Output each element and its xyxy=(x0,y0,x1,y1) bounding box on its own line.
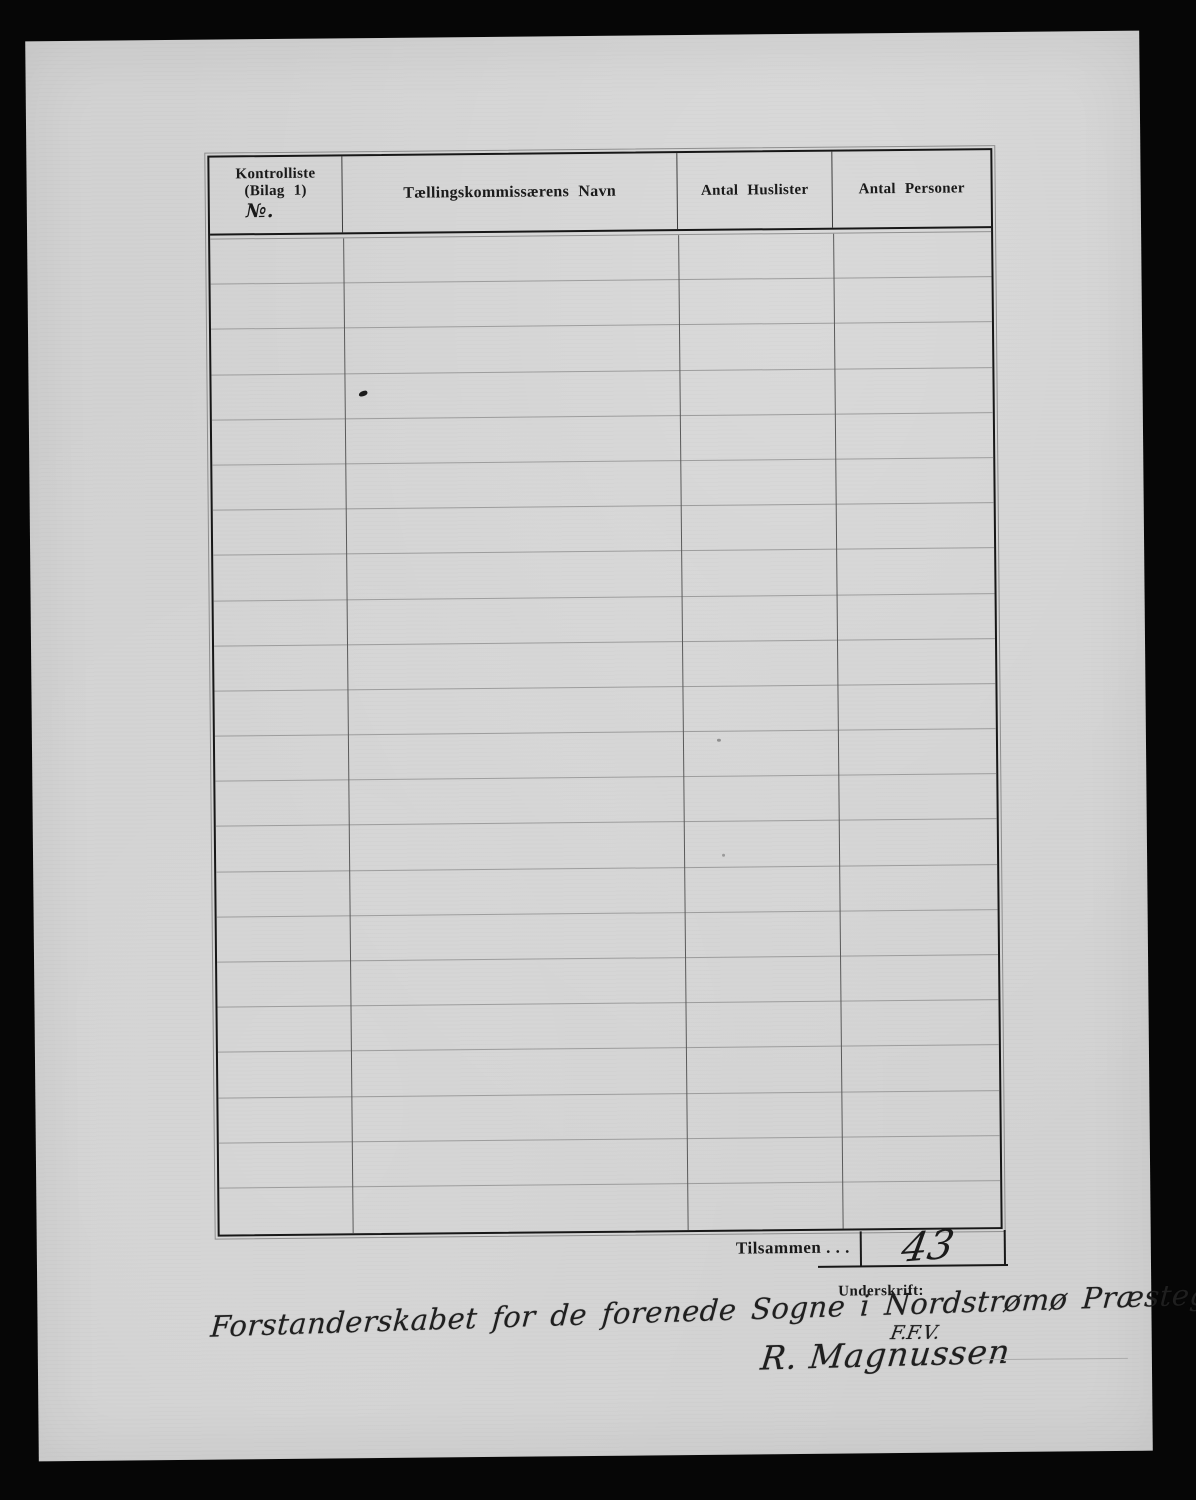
empty-table-row xyxy=(211,277,992,330)
header-taellingskommissaerens-navn: Tællingskommissærens Navn xyxy=(342,153,678,232)
sum-label: Tilsammen . . . xyxy=(736,1238,850,1259)
empty-table-row xyxy=(211,368,992,421)
empty-table-row xyxy=(216,865,997,918)
sum-right-border xyxy=(1003,1230,1006,1266)
paper-speck xyxy=(722,854,725,857)
sum-cell-divider xyxy=(860,1231,862,1266)
empty-table-row xyxy=(217,955,998,1008)
empty-table-row xyxy=(219,1181,1000,1234)
empty-table-row xyxy=(212,413,993,466)
header-antal-huslister: Antal Huslister xyxy=(677,152,833,229)
empty-table-row xyxy=(217,1000,998,1053)
header-kontrolliste-line2: (Bilag 1) xyxy=(244,183,306,201)
paper-speck xyxy=(717,739,721,742)
empty-table-row xyxy=(210,232,991,285)
empty-table-row xyxy=(218,1045,999,1098)
empty-table-row xyxy=(218,1091,999,1144)
empty-table-row xyxy=(217,910,998,963)
empty-table-row xyxy=(219,1136,1000,1189)
empty-table-row xyxy=(213,503,994,556)
sum-value-handwritten: 43 xyxy=(878,1220,977,1273)
handwritten-statement: Forstanderskabet for de forenede Sogne i… xyxy=(209,1276,1196,1344)
empty-table-row xyxy=(215,774,996,827)
empty-table-row xyxy=(213,548,994,601)
table-body xyxy=(210,232,1001,1234)
empty-table-row xyxy=(214,639,995,692)
empty-table-row xyxy=(215,729,996,782)
header-numero: №. xyxy=(210,203,274,221)
handwritten-signature: R. Magnussen xyxy=(759,1332,1013,1378)
header-kontrolliste-line1: Kontrolliste xyxy=(235,166,315,184)
table-header-row: Kontrolliste (Bilag 1) №. Tællingskommis… xyxy=(209,150,991,235)
empty-table-row xyxy=(211,322,992,375)
header-antal-personer: Antal Personer xyxy=(832,150,991,228)
table-frame: Kontrolliste (Bilag 1) №. Tællingskommis… xyxy=(207,148,1002,1236)
signature-rule xyxy=(981,1358,1128,1360)
census-summary-table: Kontrolliste (Bilag 1) №. Tællingskommis… xyxy=(204,145,1006,1273)
sum-row: Tilsammen . . . 43 xyxy=(215,1232,1006,1273)
scan-background: { "page": { "background_color": "#060606… xyxy=(0,0,1196,1500)
empty-table-row xyxy=(214,684,995,737)
empty-table-row xyxy=(216,820,997,873)
header-kontrolliste: Kontrolliste (Bilag 1) №. xyxy=(209,156,343,233)
empty-table-row xyxy=(212,458,993,511)
empty-table-row xyxy=(214,594,995,647)
paper-sheet: Kontrolliste (Bilag 1) №. Tællingskommis… xyxy=(25,31,1153,1462)
table-outer-rule: Kontrolliste (Bilag 1) №. Tællingskommis… xyxy=(204,145,1005,1240)
